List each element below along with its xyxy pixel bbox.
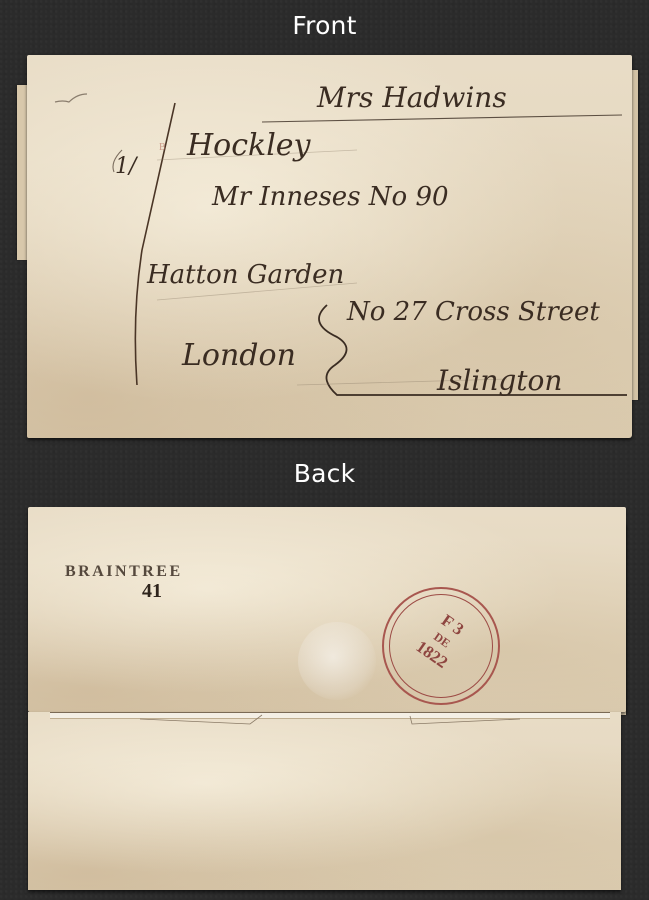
address-line-7: Islington: [436, 364, 562, 397]
address-line-3: Mr Inneses No 90: [211, 182, 449, 212]
back-label: Back: [0, 459, 649, 488]
front-label: Front: [0, 11, 649, 40]
postmark-year: 1822: [394, 624, 470, 685]
postmark-line-1: F 3: [414, 595, 490, 656]
rate-marking: 1/: [115, 154, 139, 179]
letter-front: B Mrs Hadwins Hockley Mr Inneses No 90 H…: [27, 55, 632, 438]
postmark-circle: F 3 DE 1822: [382, 587, 500, 705]
fold-edge: [50, 712, 610, 719]
mileage-stamp: 41: [142, 580, 162, 603]
wax-seal-impression: [298, 622, 376, 700]
address-line-6: London: [181, 338, 296, 373]
town-stamp: BRAINTREE: [65, 563, 183, 581]
svg-text:B: B: [159, 142, 166, 153]
address-line-1: Mrs Hadwins: [316, 81, 507, 114]
postmark-text: F 3 DE 1822: [394, 595, 491, 685]
address-line-2: Hockley: [186, 128, 312, 163]
letter-back-bottom: [28, 712, 621, 890]
address-line-4: Hatton Garden: [146, 260, 344, 290]
address-line-5: No 27 Cross Street: [346, 297, 600, 327]
postmark-month: DE: [404, 610, 480, 671]
front-address-ink: B Mrs Hadwins Hockley Mr Inneses No 90 H…: [27, 55, 632, 438]
